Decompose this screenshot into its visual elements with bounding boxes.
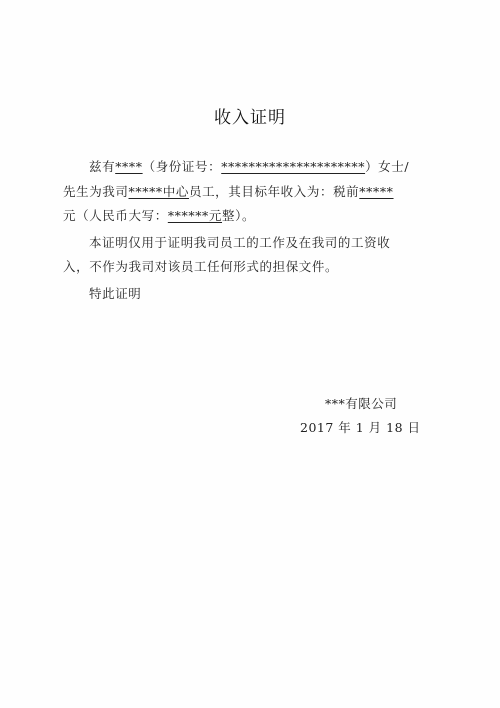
text: 先生为我司 <box>63 184 129 199</box>
name-field: **** <box>115 159 142 174</box>
document-title: 收入证明 <box>0 103 500 128</box>
paragraph1-line1: 兹有****（身份证号：*********************）女士/ <box>89 159 409 175</box>
text: 员工，其目标年收入为：税前 <box>189 184 359 199</box>
paragraph2-line2: 入，不作为我司对该员工任何形式的担保文件。 <box>63 259 338 275</box>
text: 兹有 <box>89 159 115 174</box>
paragraph2-line1: 本证明仅用于证明我司员工的工作及在我司的工资收 <box>89 235 390 251</box>
department-field: *****中心 <box>129 184 189 199</box>
pretax-amount-field: ***** <box>359 184 393 199</box>
id-label: （身份证号： <box>143 159 222 174</box>
text: 元（人民币大写： <box>63 208 168 223</box>
text: 整）。 <box>222 208 255 223</box>
closing-text: 特此证明 <box>89 286 141 302</box>
id-number-field: ********************* <box>221 159 365 174</box>
company-name: ***有限公司 <box>325 394 397 412</box>
document-page: 收入证明 兹有****（身份证号：*********************）女… <box>0 0 500 708</box>
paragraph1-line2: 先生为我司*****中心员工，其目标年收入为：税前***** <box>63 184 394 200</box>
issue-date: 2017 年 1 月 18 日 <box>300 418 421 436</box>
paragraph1-line3: 元（人民币大写：******元整）。 <box>63 208 255 224</box>
amount-caps-field: ******元 <box>168 208 222 223</box>
text: ）女士/ <box>365 159 409 174</box>
